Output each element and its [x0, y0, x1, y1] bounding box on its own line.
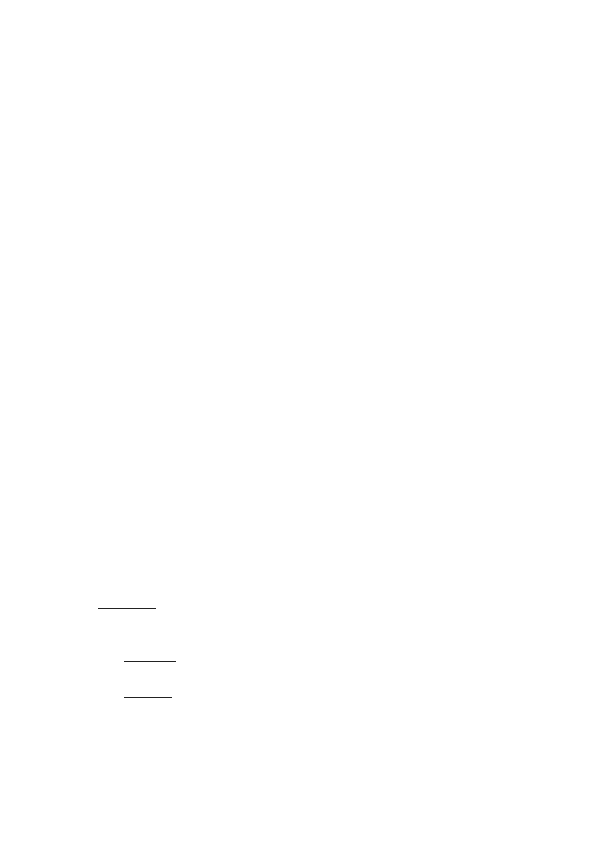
- answer-blank[interactable]: [124, 686, 172, 698]
- q13-sentence-1: [98, 597, 156, 613]
- exam-page: [0, 0, 600, 848]
- q13-sentence-3-cont: [124, 686, 172, 702]
- answer-blank[interactable]: [124, 650, 176, 662]
- answer-blank[interactable]: [98, 597, 156, 609]
- q13-sentence-2-cont: [124, 650, 176, 666]
